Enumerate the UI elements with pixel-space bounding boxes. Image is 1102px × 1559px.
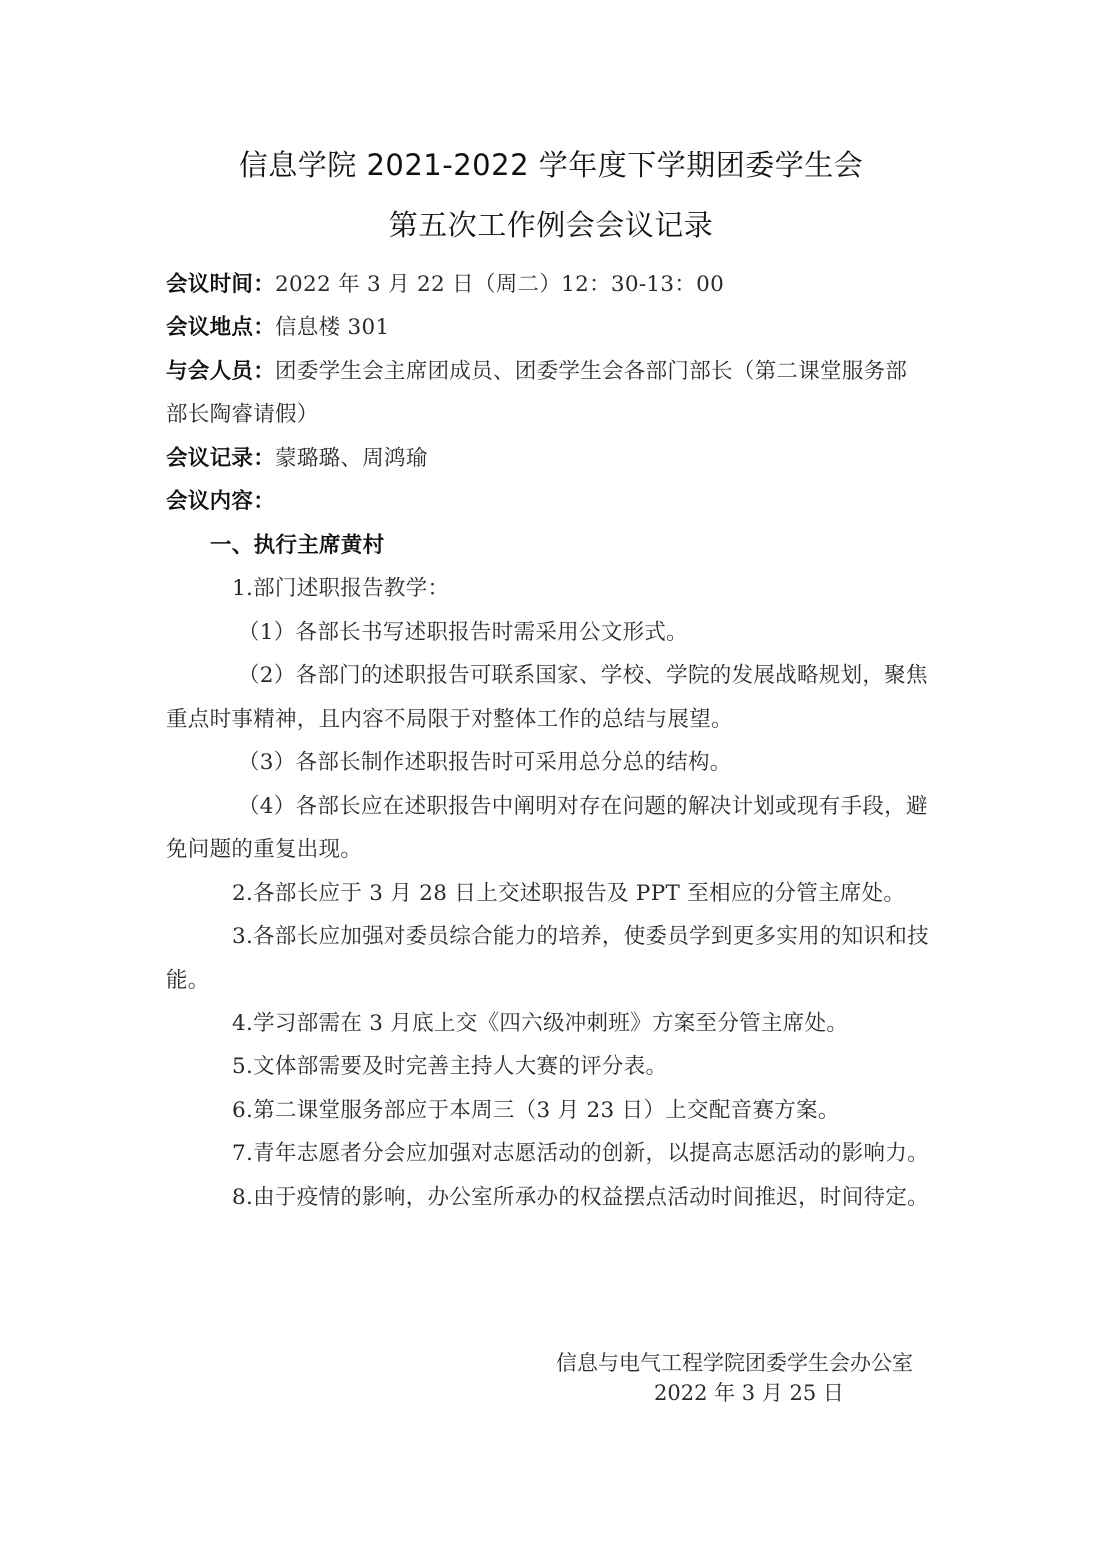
item-1-sub-4-continuation: 免问题的重复出现。 [166, 835, 362, 865]
item-1-sub-1: （1）各部长书写述职报告时需采用公文形式。 [238, 618, 688, 648]
meeting-time-label: 会议时间： [166, 272, 275, 297]
recorder-value: 蒙璐璐、周鸿瑜 [275, 446, 428, 471]
item-3-continuation: 能。 [166, 966, 210, 996]
item-1-sub-2: （2）各部门的述职报告可联系国家、学校、学院的发展战略规划，聚焦 [238, 661, 928, 691]
item-1-sub-3: （3）各部长制作述职报告时可采用总分总的结构。 [238, 748, 732, 778]
item-1-sub-4: （4）各部长应在述职报告中阐明对存在问题的解决计划或现有手段，避 [238, 792, 928, 822]
item-6: 6.第二课堂服务部应于本周三（3 月 23 日）上交配音赛方案。 [232, 1096, 840, 1126]
meeting-place-value: 信息楼 301 [275, 315, 389, 340]
item-5: 5.文体部需要及时完善主持人大赛的评分表。 [232, 1052, 667, 1082]
content-label: 会议内容： [166, 489, 275, 514]
document-page: 信息学院 2021-2022 学年度下学期团委学生会 第五次工作例会会议记录 会… [0, 0, 1102, 1559]
meeting-time-row: 会议时间：2022 年 3 月 22 日（周二）12：30-13：00 [166, 270, 724, 300]
item-2: 2.各部长应于 3 月 28 日上交述职报告及 PPT 至相应的分管主席处。 [232, 879, 905, 909]
meeting-time-value: 2022 年 3 月 22 日（周二）12：30-13：00 [275, 272, 724, 297]
item-1: 1.部门述职报告教学： [232, 574, 449, 604]
attendees-row: 与会人员：团委学生会主席团成员、团委学生会各部门部长（第二课堂服务部 [166, 357, 907, 387]
item-8: 8.由于疫情的影响，办公室所承办的权益摆点活动时间推迟，时间待定。 [232, 1183, 929, 1213]
section-heading: 一、执行主席黄村 [210, 531, 384, 561]
item-7: 7.青年志愿者分会应加强对志愿活动的创新，以提高志愿活动的影响力。 [232, 1139, 929, 1169]
item-4: 4.学习部需在 3 月底上交《四六级冲刺班》方案至分管主席处。 [232, 1009, 848, 1039]
signature-date: 2022 年 3 月 25 日 [654, 1378, 844, 1408]
attendees-continuation: 部长陶睿请假） [166, 400, 319, 430]
item-3: 3.各部长应加强对委员综合能力的培养，使委员学到更多实用的知识和技 [232, 922, 929, 952]
document-title-line1: 信息学院 2021-2022 学年度下学期团委学生会 [0, 143, 1102, 184]
recorder-row: 会议记录：蒙璐璐、周鸿瑜 [166, 444, 428, 474]
meeting-place-label: 会议地点： [166, 315, 275, 340]
recorder-label: 会议记录： [166, 446, 275, 471]
content-row: 会议内容： [166, 487, 275, 517]
signature-organization: 信息与电气工程学院团委学生会办公室 [556, 1348, 913, 1378]
item-1-sub-2-continuation: 重点时事精神，且内容不局限于对整体工作的总结与展望。 [166, 705, 733, 735]
meeting-place-row: 会议地点：信息楼 301 [166, 313, 390, 343]
document-title-line2: 第五次工作例会会议记录 [0, 203, 1102, 244]
attendees-value: 团委学生会主席团成员、团委学生会各部门部长（第二课堂服务部 [275, 359, 907, 384]
attendees-label: 与会人员： [166, 359, 275, 384]
